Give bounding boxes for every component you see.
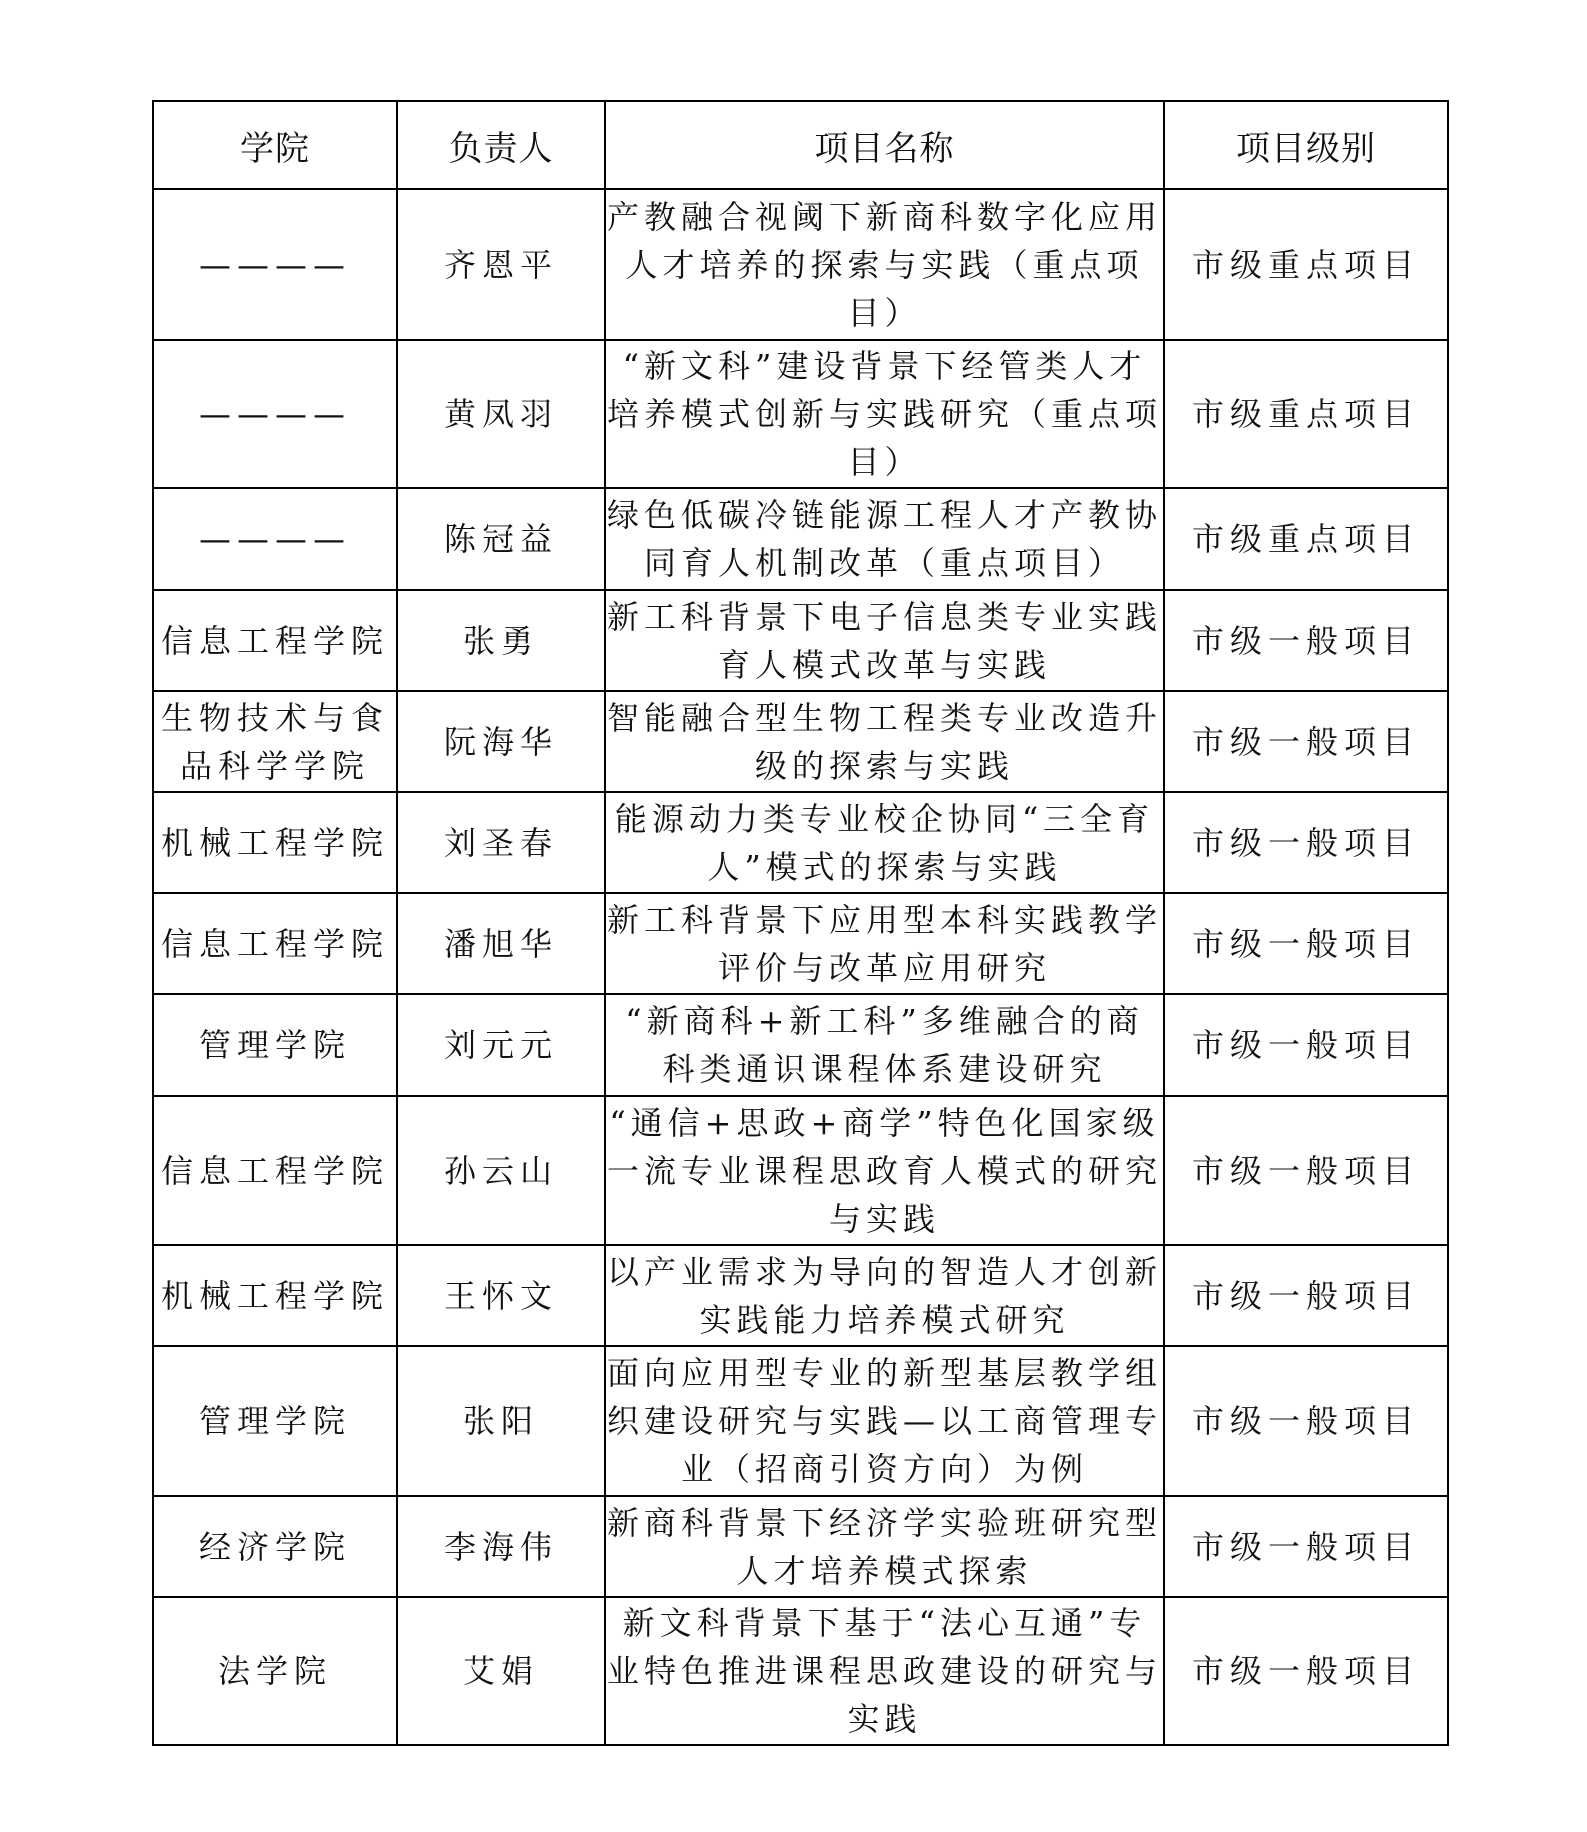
project-name-cell: 产教融合视阈下新商科数字化应用人才培养的探索与实践（重点项目） xyxy=(605,189,1164,340)
header-row: 学院 负责人 项目名称 项目级别 xyxy=(153,101,1448,189)
header-project-level: 项目级别 xyxy=(1164,101,1448,189)
project-level-cell: 市级一般项目 xyxy=(1164,1096,1448,1245)
project-level-cell: 市级一般项目 xyxy=(1164,1245,1448,1346)
leader-cell: 孙云山 xyxy=(397,1096,605,1245)
project-name-cell: 新工科背景下应用型本科实践教学评价与改革应用研究 xyxy=(605,893,1164,994)
project-level-cell: 市级重点项目 xyxy=(1164,488,1448,590)
table-row: 信息工程学院 张勇 新工科背景下电子信息类专业实践育人模式改革与实践 市级一般项… xyxy=(153,590,1448,691)
leader-cell: 潘旭华 xyxy=(397,893,605,994)
table-row: 经济学院 李海伟 新商科背景下经济学实验班研究型人才培养模式探索 市级一般项目 xyxy=(153,1496,1448,1597)
project-level-cell: 市级一般项目 xyxy=(1164,1496,1448,1597)
project-level-cell: 市级一般项目 xyxy=(1164,1346,1448,1496)
college-cell: 管理学院 xyxy=(153,994,397,1096)
leader-cell: 黄凤羽 xyxy=(397,340,605,488)
leader-cell: 艾娟 xyxy=(397,1597,605,1745)
table-body: ———— 齐恩平 产教融合视阈下新商科数字化应用人才培养的探索与实践（重点项目）… xyxy=(153,189,1448,1745)
leader-cell: 刘圣春 xyxy=(397,792,605,893)
project-level-cell: 市级一般项目 xyxy=(1164,893,1448,994)
leader-cell: 李海伟 xyxy=(397,1496,605,1597)
college-cell: ———— xyxy=(153,189,397,340)
project-name-cell: “新商科+新工科”多维融合的商科类通识课程体系建设研究 xyxy=(605,994,1164,1096)
table-row: 机械工程学院 王怀文 以产业需求为导向的智造人才创新实践能力培养模式研究 市级一… xyxy=(153,1245,1448,1346)
leader-cell: 阮海华 xyxy=(397,691,605,792)
header-leader: 负责人 xyxy=(397,101,605,189)
project-level-cell: 市级重点项目 xyxy=(1164,340,1448,488)
header-project-name: 项目名称 xyxy=(605,101,1164,189)
table-row: ———— 黄凤羽 “新文科”建设背景下经管类人才培养模式创新与实践研究（重点项目… xyxy=(153,340,1448,488)
project-level-cell: 市级一般项目 xyxy=(1164,994,1448,1096)
project-name-cell: 绿色低碳冷链能源工程人才产教协同育人机制改革（重点项目） xyxy=(605,488,1164,590)
table-row: 管理学院 张阳 面向应用型专业的新型基层教学组织建设研究与实践—以工商管理专业（… xyxy=(153,1346,1448,1496)
leader-cell: 张勇 xyxy=(397,590,605,691)
college-cell: 机械工程学院 xyxy=(153,1245,397,1346)
table-row: 法学院 艾娟 新文科背景下基于“法心互通”专业特色推进课程思政建设的研究与实践 … xyxy=(153,1597,1448,1745)
college-cell: 信息工程学院 xyxy=(153,1096,397,1245)
college-cell: 生物技术与食品科学学院 xyxy=(153,691,397,792)
table-row: 机械工程学院 刘圣春 能源动力类专业校企协同“三全育人”模式的探索与实践 市级一… xyxy=(153,792,1448,893)
table-row: ———— 陈冠益 绿色低碳冷链能源工程人才产教协同育人机制改革（重点项目） 市级… xyxy=(153,488,1448,590)
table-row: 信息工程学院 潘旭华 新工科背景下应用型本科实践教学评价与改革应用研究 市级一般… xyxy=(153,893,1448,994)
project-level-cell: 市级一般项目 xyxy=(1164,792,1448,893)
college-cell: 信息工程学院 xyxy=(153,893,397,994)
project-level-cell: 市级一般项目 xyxy=(1164,590,1448,691)
college-cell: 机械工程学院 xyxy=(153,792,397,893)
project-name-cell: “新文科”建设背景下经管类人才培养模式创新与实践研究（重点项目） xyxy=(605,340,1164,488)
college-cell: 管理学院 xyxy=(153,1346,397,1496)
project-level-cell: 市级一般项目 xyxy=(1164,1597,1448,1745)
project-level-cell: 市级一般项目 xyxy=(1164,691,1448,792)
college-cell: ———— xyxy=(153,488,397,590)
project-name-cell: 以产业需求为导向的智造人才创新实践能力培养模式研究 xyxy=(605,1245,1164,1346)
project-name-cell: 新工科背景下电子信息类专业实践育人模式改革与实践 xyxy=(605,590,1164,691)
project-name-cell: 面向应用型专业的新型基层教学组织建设研究与实践—以工商管理专业（招商引资方向）为… xyxy=(605,1346,1164,1496)
college-cell: 法学院 xyxy=(153,1597,397,1745)
leader-cell: 陈冠益 xyxy=(397,488,605,590)
header-college: 学院 xyxy=(153,101,397,189)
college-cell: 经济学院 xyxy=(153,1496,397,1597)
leader-cell: 张阳 xyxy=(397,1346,605,1496)
project-name-cell: 智能融合型生物工程类专业改造升级的探索与实践 xyxy=(605,691,1164,792)
project-name-cell: 新商科背景下经济学实验班研究型人才培养模式探索 xyxy=(605,1496,1164,1597)
project-level-cell: 市级重点项目 xyxy=(1164,189,1448,340)
leader-cell: 齐恩平 xyxy=(397,189,605,340)
table-row: 生物技术与食品科学学院 阮海华 智能融合型生物工程类专业改造升级的探索与实践 市… xyxy=(153,691,1448,792)
leader-cell: 刘元元 xyxy=(397,994,605,1096)
project-name-cell: 能源动力类专业校企协同“三全育人”模式的探索与实践 xyxy=(605,792,1164,893)
table-row: 管理学院 刘元元 “新商科+新工科”多维融合的商科类通识课程体系建设研究 市级一… xyxy=(153,994,1448,1096)
table-row: 信息工程学院 孙云山 “通信+思政+商学”特色化国家级一流专业课程思政育人模式的… xyxy=(153,1096,1448,1245)
projects-table: 学院 负责人 项目名称 项目级别 ———— 齐恩平 产教融合视阈下新商科数字化应… xyxy=(152,100,1449,1746)
college-cell: 信息工程学院 xyxy=(153,590,397,691)
college-cell: ———— xyxy=(153,340,397,488)
table-row: ———— 齐恩平 产教融合视阈下新商科数字化应用人才培养的探索与实践（重点项目）… xyxy=(153,189,1448,340)
project-name-cell: “通信+思政+商学”特色化国家级一流专业课程思政育人模式的研究与实践 xyxy=(605,1096,1164,1245)
leader-cell: 王怀文 xyxy=(397,1245,605,1346)
project-name-cell: 新文科背景下基于“法心互通”专业特色推进课程思政建设的研究与实践 xyxy=(605,1597,1164,1745)
